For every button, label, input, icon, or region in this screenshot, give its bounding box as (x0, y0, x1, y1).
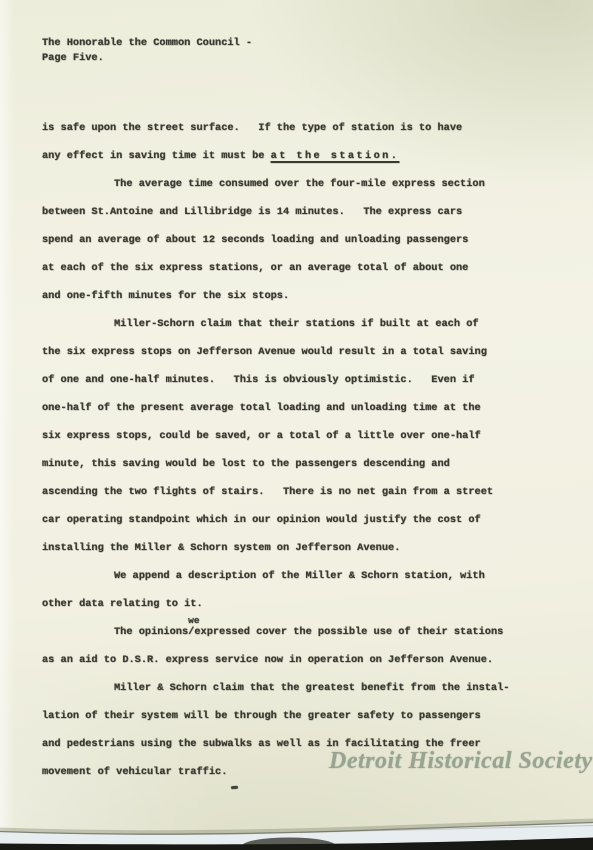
body-line: the six express stops on Jefferson Avenu… (42, 338, 542, 366)
body-line: and one-fifth minutes for the six stops. (42, 282, 542, 310)
recipient-header: The Honorable the Common Council - Page … (42, 36, 542, 66)
body-line: Miller & Schorn claim that the greatest … (42, 674, 542, 702)
recipient-line: The Honorable the Common Council - (42, 36, 542, 51)
insertion-caret: we/ (188, 618, 194, 646)
body-line: at each of the six express stations, or … (42, 254, 542, 282)
body-line: Miller-Schorn claim that their stations … (42, 310, 542, 338)
stray-mark (231, 786, 238, 790)
body-line: The opinionswe/expressed cover the possi… (42, 618, 542, 646)
body-line: minute, this saving would be lost to the… (42, 450, 542, 478)
scanned-document: The Honorable the Common Council - Page … (0, 0, 593, 850)
body-line: is safe upon the street surface. If the … (42, 114, 542, 142)
paper-bottom-edge (0, 808, 593, 850)
letter-body: is safe upon the street surface. If the … (42, 114, 542, 786)
body-line: installing the Miller & Schorn system on… (42, 534, 542, 562)
paper: The Honorable the Common Council - Page … (0, 0, 593, 836)
underlined-phrase: at the station. (271, 150, 400, 162)
body-line: The average time consumed over the four-… (42, 170, 542, 198)
body-line: spend an average of about 12 seconds loa… (42, 226, 542, 254)
body-line: any effect in saving time it must be at … (42, 142, 542, 170)
body-text: expressed cover the possible use of thei… (194, 626, 503, 638)
body-line: other data relating to it. (42, 590, 542, 618)
body-line: car operating standpoint which in our op… (42, 506, 542, 534)
typewritten-text: The Honorable the Common Council - Page … (42, 36, 542, 786)
body-line: one-half of the present average total lo… (42, 394, 542, 422)
body-line: ascending the two flights of stairs. The… (42, 478, 542, 506)
page-number: Page Five. (42, 51, 542, 66)
body-line: We append a description of the Miller & … (42, 562, 542, 590)
body-text: The opinions (114, 626, 188, 638)
watermark: Detroit Historical Society (329, 748, 579, 775)
body-line: between St.Antoine and Lillibridge is 14… (42, 198, 542, 226)
body-line: six express stops, could be saved, or a … (42, 422, 542, 450)
body-line: lation of their system will be through t… (42, 702, 542, 730)
inserted-word: we (188, 607, 199, 635)
body-line: as an aid to D.S.R. express service now … (42, 646, 542, 674)
body-line: of one and one-half minutes. This is obv… (42, 366, 542, 394)
body-text: any effect in saving time it must be (42, 150, 271, 162)
